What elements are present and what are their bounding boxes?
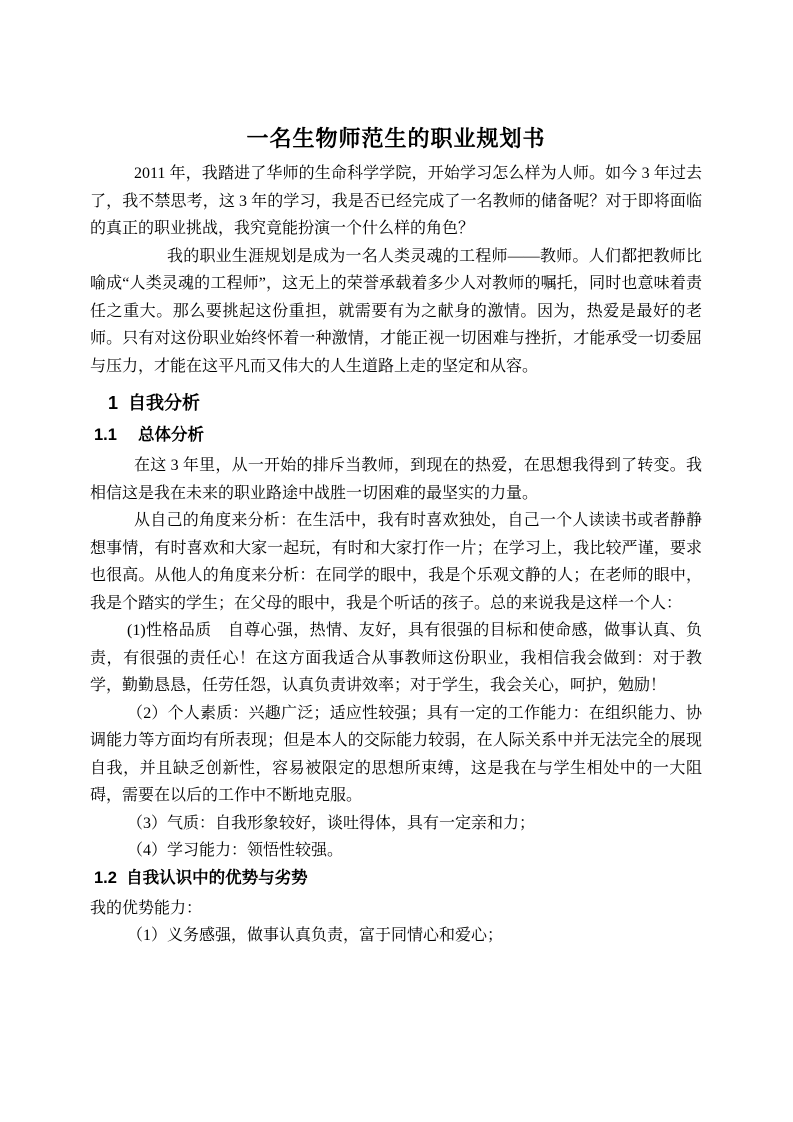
section-heading: 1.2 自我认识中的优势与劣势 <box>90 865 702 891</box>
list-paragraph: （4）学习能力：领悟性较强。 <box>90 837 702 865</box>
paragraph: 从自己的角度来分析：在生活中，我有时喜欢独处，自己一个人读读书或者静静想事情，有… <box>90 507 702 617</box>
list-paragraph: （1）义务感强，做事认真负责，富于同情心和爱心； <box>90 922 702 950</box>
paragraph: 我的优势能力： <box>90 895 702 923</box>
chapter-heading: 1 自我分析 <box>90 390 702 416</box>
document-content: 一名生物师范生的职业规划书2011 年，我踏进了华师的生命科学学院，开始学习怎么… <box>90 122 702 950</box>
document-page: 一名生物师范生的职业规划书2011 年，我踏进了华师的生命科学学院，开始学习怎么… <box>0 0 793 1122</box>
list-paragraph: （2）个人素质：兴趣广泛；适应性较强；具有一定的工作能力：在组织能力、协调能力等… <box>90 700 702 810</box>
paragraph: 在这 3 年里，从一开始的排斥当教师，到现在的热爱，在思想我得到了转变。我相信这… <box>90 452 702 507</box>
list-paragraph: (1)性格品质 自尊心强，热情、友好，具有很强的目标和使命感，做事认真、负责，有… <box>90 617 702 700</box>
document-title: 一名生物师范生的职业规划书 <box>90 122 702 156</box>
paragraph: 我的职业生涯规划是成为一名人类灵魂的工程师――教师。人们都把教师比喻成“人类灵魂… <box>90 243 702 381</box>
section-heading: 1.1 总体分析 <box>90 422 702 448</box>
list-paragraph: （3）气质：自我形象较好，谈吐得体，具有一定亲和力； <box>90 810 702 838</box>
paragraph: 2011 年，我踏进了华师的生命科学学院，开始学习怎么样为人师。如今 3 年过去… <box>90 160 702 243</box>
